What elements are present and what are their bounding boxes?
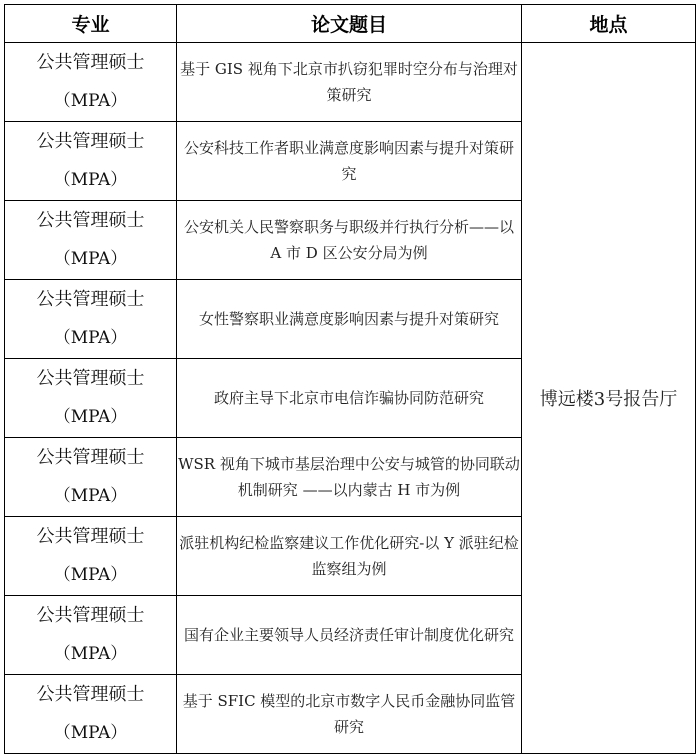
major-abbr: （MPA） <box>5 556 176 594</box>
thesis-title-cell: WSR 视角下城市基层治理中公安与城管的协同联动机制研究 ——以内蒙古 H 市为… <box>177 438 522 517</box>
header-row: 专业 论文题目 地点 <box>5 5 696 43</box>
thesis-title-cell: 政府主导下北京市电信诈骗协同防范研究 <box>177 359 522 438</box>
major-abbr: （MPA） <box>5 477 176 515</box>
location-cell: 博远楼3号报告厅 <box>522 43 696 754</box>
header-title: 论文题目 <box>177 5 522 43</box>
major-abbr: （MPA） <box>5 635 176 673</box>
table-row: 公共管理硕士（MPA） 基于 GIS 视角下北京市扒窃犯罪时空分布与治理对策研究… <box>5 43 696 122</box>
thesis-title-cell: 公安机关人民警察职务与职级并行执行分析——以 A 市 D 区公安分局为例 <box>177 201 522 280</box>
thesis-title-cell: 公安科技工作者职业满意度影响因素与提升对策研究 <box>177 122 522 201</box>
major-abbr: （MPA） <box>5 161 176 199</box>
major-name: 公共管理硕士 <box>37 131 145 152</box>
major-name: 公共管理硕士 <box>37 368 145 389</box>
major-name: 公共管理硕士 <box>37 447 145 468</box>
thesis-schedule-table: 专业 论文题目 地点 公共管理硕士（MPA） 基于 GIS 视角下北京市扒窃犯罪… <box>4 4 696 754</box>
major-name: 公共管理硕士 <box>37 526 145 547</box>
major-abbr: （MPA） <box>5 319 176 357</box>
major-abbr: （MPA） <box>5 398 176 436</box>
thesis-title-cell: 基于 SFIC 模型的北京市数字人民币金融协同监管研究 <box>177 675 522 754</box>
major-cell: 公共管理硕士（MPA） <box>5 280 177 359</box>
major-cell: 公共管理硕士（MPA） <box>5 122 177 201</box>
major-cell: 公共管理硕士（MPA） <box>5 43 177 122</box>
major-name: 公共管理硕士 <box>37 210 145 231</box>
major-name: 公共管理硕士 <box>37 684 145 705</box>
major-abbr: （MPA） <box>5 240 176 278</box>
major-cell: 公共管理硕士（MPA） <box>5 438 177 517</box>
thesis-title-cell: 国有企业主要领导人员经济责任审计制度优化研究 <box>177 596 522 675</box>
major-cell: 公共管理硕士（MPA） <box>5 675 177 754</box>
thesis-title-cell: 女性警察职业满意度影响因素与提升对策研究 <box>177 280 522 359</box>
major-cell: 公共管理硕士（MPA） <box>5 359 177 438</box>
major-name: 公共管理硕士 <box>37 605 145 626</box>
major-abbr: （MPA） <box>5 82 176 120</box>
major-abbr: （MPA） <box>5 714 176 752</box>
major-cell: 公共管理硕士（MPA） <box>5 517 177 596</box>
header-location: 地点 <box>522 5 696 43</box>
major-name: 公共管理硕士 <box>37 52 145 73</box>
header-major: 专业 <box>5 5 177 43</box>
major-cell: 公共管理硕士（MPA） <box>5 201 177 280</box>
major-name: 公共管理硕士 <box>37 289 145 310</box>
thesis-title-cell: 基于 GIS 视角下北京市扒窃犯罪时空分布与治理对策研究 <box>177 43 522 122</box>
major-cell: 公共管理硕士（MPA） <box>5 596 177 675</box>
thesis-title-cell: 派驻机构纪检监察建议工作优化研究-以 Y 派驻纪检监察组为例 <box>177 517 522 596</box>
